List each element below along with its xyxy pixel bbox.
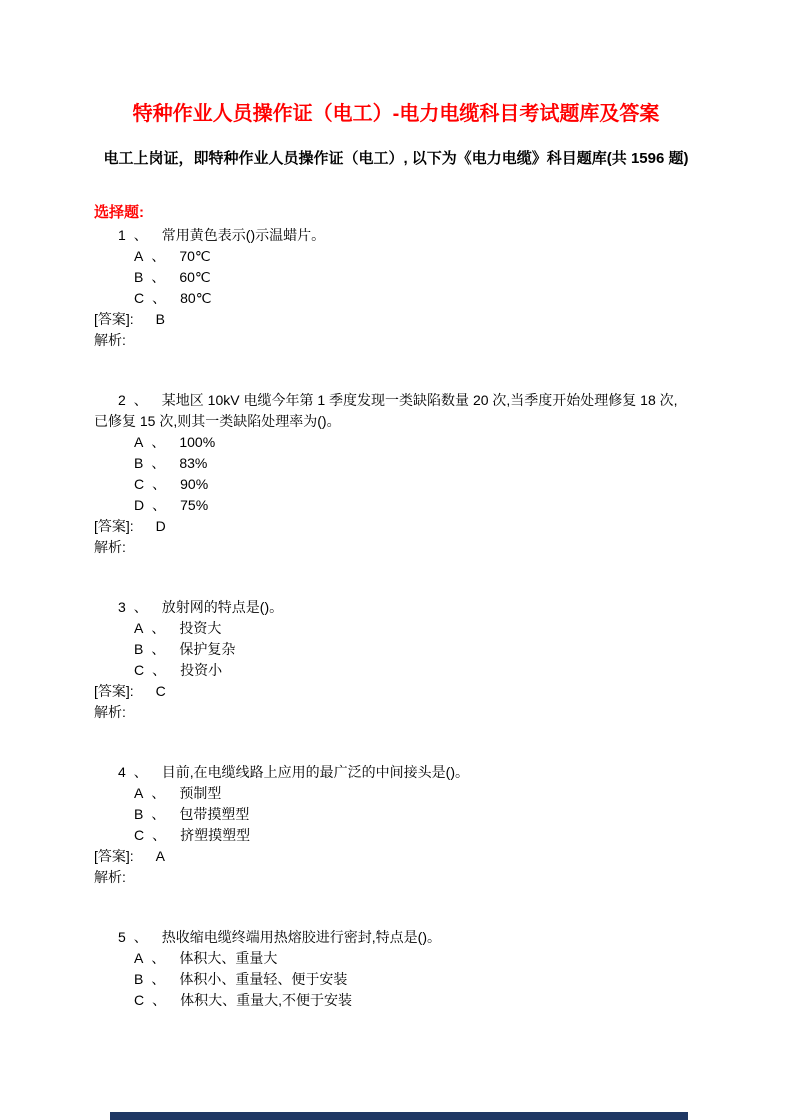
page-bottom-bar — [110, 1112, 688, 1120]
answer-label: [答案]: — [94, 518, 134, 534]
option-text: 包带摸塑型 — [179, 806, 249, 822]
question-text: 1、常用黄色表示()示温蜡片。 — [94, 225, 698, 246]
list-separator: 、 — [151, 246, 165, 267]
option-letter: B — [134, 806, 143, 822]
option-letter: B — [134, 971, 143, 987]
option-text: 体积大、重量大,不便于安装 — [180, 992, 352, 1008]
question-body: 目前,在电缆线路上应用的最广泛的中间接头是()。 — [162, 764, 469, 780]
option-text: 90% — [180, 476, 208, 492]
document-page: 特种作业人员操作证（电工）-电力电缆科目考试题库及答案 电工上岗证，即特种作业人… — [0, 0, 792, 1011]
answer-label: [答案]: — [94, 311, 134, 327]
question-1: 1、常用黄色表示()示温蜡片。 A、70℃ B、60℃ C、80℃ [答案]:B… — [94, 225, 698, 351]
option-row: C、90% — [94, 474, 698, 495]
option-row: B、保护复杂 — [94, 639, 698, 660]
list-separator: 、 — [151, 267, 165, 288]
answer-value: A — [156, 846, 165, 867]
question-number: 4 — [118, 764, 126, 780]
option-letter: A — [134, 950, 143, 966]
analysis-label: 解析: — [94, 869, 126, 885]
list-separator: 、 — [134, 597, 148, 618]
option-text: 80℃ — [180, 290, 211, 306]
option-row: A、体积大、重量大 — [94, 948, 698, 969]
analysis-label: 解析: — [94, 332, 126, 348]
list-separator: 、 — [151, 618, 165, 639]
question-number: 5 — [118, 929, 126, 945]
question-body: 热收缩电缆终端用热熔胶进行密封,特点是()。 — [162, 929, 441, 945]
answer-row: [答案]:B — [94, 309, 698, 330]
analysis-row: 解析: — [94, 537, 698, 558]
answer-label: [答案]: — [94, 683, 134, 699]
option-row: B、体积小、重量轻、便于安装 — [94, 969, 698, 990]
list-separator: 、 — [152, 474, 166, 495]
list-separator: 、 — [134, 927, 148, 948]
analysis-row: 解析: — [94, 702, 698, 723]
option-row: A、70℃ — [94, 246, 698, 267]
list-separator: 、 — [151, 804, 165, 825]
list-separator: 、 — [152, 990, 166, 1011]
answer-value: D — [156, 516, 166, 537]
option-text: 体积大、重量大 — [179, 950, 277, 966]
option-letter: C — [134, 476, 144, 492]
list-separator: 、 — [151, 453, 165, 474]
option-text: 挤塑摸塑型 — [180, 827, 250, 843]
question-list: 1、常用黄色表示()示温蜡片。 A、70℃ B、60℃ C、80℃ [答案]:B… — [94, 225, 698, 1011]
option-letter: C — [134, 992, 144, 1008]
option-letter: C — [134, 290, 144, 306]
option-letter: B — [134, 641, 143, 657]
question-body: 某地区 10kV 电缆今年第 1 季度发现一类缺陷数量 20 次,当季度开始处理… — [162, 392, 678, 408]
list-separator: 、 — [152, 660, 166, 681]
option-letter: B — [134, 455, 143, 471]
analysis-label: 解析: — [94, 704, 126, 720]
option-letter: C — [134, 827, 144, 843]
list-separator: 、 — [134, 762, 148, 783]
analysis-label: 解析: — [94, 539, 126, 555]
option-text: 投资大 — [179, 620, 221, 636]
page-subtitle: 电工上岗证，即特种作业人员操作证（电工）, 以下为《电力电缆》科目题库(共 15… — [94, 148, 698, 169]
question-number: 2 — [118, 392, 126, 408]
question-2: 2、某地区 10kV 电缆今年第 1 季度发现一类缺陷数量 20 次,当季度开始… — [94, 390, 698, 558]
option-text: 保护复杂 — [179, 641, 235, 657]
option-row: C、挤塑摸塑型 — [94, 825, 698, 846]
option-row: A、预制型 — [94, 783, 698, 804]
list-separator: 、 — [152, 288, 166, 309]
question-number: 3 — [118, 599, 126, 615]
answer-value: C — [156, 681, 166, 702]
option-row: C、80℃ — [94, 288, 698, 309]
option-letter: A — [134, 248, 143, 264]
answer-row: [答案]:A — [94, 846, 698, 867]
option-row: A、100% — [94, 432, 698, 453]
option-row: A、投资大 — [94, 618, 698, 639]
section-heading: 选择题: — [94, 202, 698, 223]
option-letter: A — [134, 434, 143, 450]
option-text: 83% — [179, 455, 207, 471]
list-separator: 、 — [151, 432, 165, 453]
option-text: 70℃ — [179, 248, 210, 264]
list-separator: 、 — [152, 825, 166, 846]
question-text: 2、某地区 10kV 电缆今年第 1 季度发现一类缺陷数量 20 次,当季度开始… — [94, 390, 698, 411]
question-number: 1 — [118, 227, 126, 243]
analysis-row: 解析: — [94, 330, 698, 351]
question-body: 常用黄色表示()示温蜡片。 — [162, 227, 325, 243]
list-separator: 、 — [151, 639, 165, 660]
option-text: 体积小、重量轻、便于安装 — [179, 971, 347, 987]
list-separator: 、 — [151, 969, 165, 990]
option-text: 60℃ — [179, 269, 210, 285]
question-4: 4、目前,在电缆线路上应用的最广泛的中间接头是()。 A、预制型 B、包带摸塑型… — [94, 762, 698, 888]
option-row: C、体积大、重量大,不便于安装 — [94, 990, 698, 1011]
option-letter: A — [134, 785, 143, 801]
option-text: 投资小 — [180, 662, 222, 678]
option-text: 75% — [180, 497, 208, 513]
option-text: 100% — [179, 434, 215, 450]
question-5: 5、热收缩电缆终端用热熔胶进行密封,特点是()。 A、体积大、重量大 B、体积小… — [94, 927, 698, 1011]
analysis-row: 解析: — [94, 867, 698, 888]
option-letter: C — [134, 662, 144, 678]
list-separator: 、 — [151, 948, 165, 969]
question-body: 放射网的特点是()。 — [162, 599, 283, 615]
option-letter: A — [134, 620, 143, 636]
option-row: B、包带摸塑型 — [94, 804, 698, 825]
option-letter: D — [134, 497, 144, 513]
option-row: C、投资小 — [94, 660, 698, 681]
answer-row: [答案]:C — [94, 681, 698, 702]
list-separator: 、 — [152, 495, 166, 516]
list-separator: 、 — [134, 390, 148, 411]
question-text: 5、热收缩电缆终端用热熔胶进行密封,特点是()。 — [94, 927, 698, 948]
option-text: 预制型 — [179, 785, 221, 801]
option-row: D、75% — [94, 495, 698, 516]
list-separator: 、 — [151, 783, 165, 804]
page-title: 特种作业人员操作证（电工）-电力电缆科目考试题库及答案 — [94, 100, 698, 128]
question-text: 4、目前,在电缆线路上应用的最广泛的中间接头是()。 — [94, 762, 698, 783]
answer-label: [答案]: — [94, 848, 134, 864]
option-row: B、83% — [94, 453, 698, 474]
list-separator: 、 — [134, 225, 148, 246]
answer-value: B — [156, 309, 165, 330]
option-letter: B — [134, 269, 143, 285]
question-3: 3、放射网的特点是()。 A、投资大 B、保护复杂 C、投资小 [答案]:C 解… — [94, 597, 698, 723]
question-text-continued: 已修复 15 次,则其一类缺陷处理率为()。 — [94, 411, 698, 432]
answer-row: [答案]:D — [94, 516, 698, 537]
option-row: B、60℃ — [94, 267, 698, 288]
question-text: 3、放射网的特点是()。 — [94, 597, 698, 618]
